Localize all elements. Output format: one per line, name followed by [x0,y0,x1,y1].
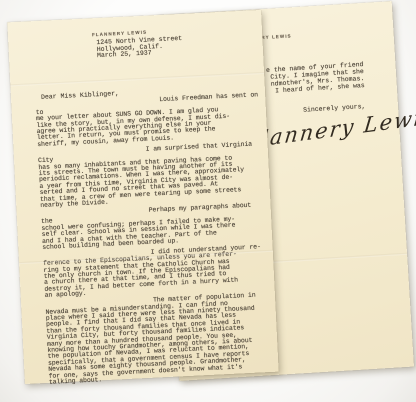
paragraph-1: Louis Freedman has sent on to me your le… [35,93,261,149]
letter-page-one: Flannery Lewis 1245 North Vine street Ho… [7,10,278,384]
paragraph-5: The matter of population in Nevada must … [45,292,273,386]
paragraph-4: I did not understand your re- ference to… [43,244,269,300]
address-date-block: 1245 North Vine street Hollywood, Calif.… [96,32,263,60]
letter-body: Louis Freedman has sent on to me your le… [35,93,273,387]
paragraph-2: I am surprised that Virginia City has so… [38,141,265,210]
photo-of-letters: Flannery Lewis e the name of your friend… [0,0,416,402]
closing-line: Sincerely yours, [303,103,366,114]
fold-crease [10,72,264,86]
